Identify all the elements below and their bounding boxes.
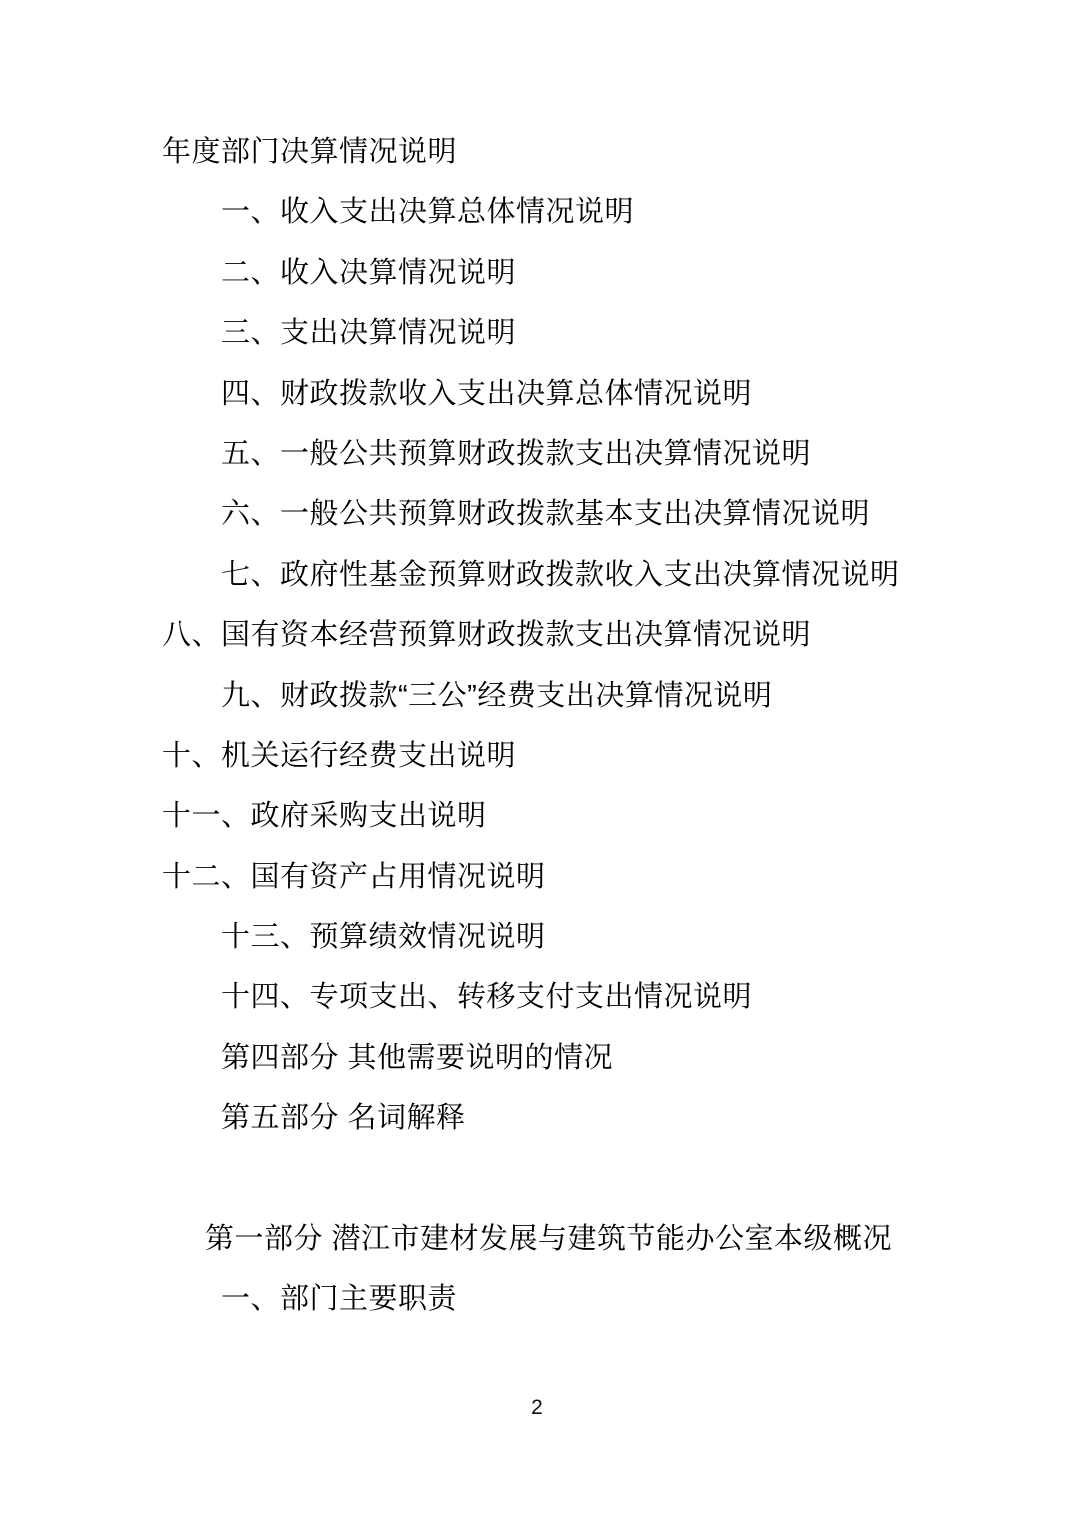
document-line: 十、机关运行经费支出说明	[0, 726, 1074, 786]
document-line: 一、收入支出决算总体情况说明	[0, 182, 1074, 242]
page-footer: 2	[0, 1396, 1074, 1420]
document-line: 二、收入决算情况说明	[0, 243, 1074, 303]
document-line: 五、一般公共预算财政拨款支出决算情况说明	[0, 424, 1074, 484]
document-line: 十二、国有资产占用情况说明	[0, 847, 1074, 907]
document-line: 九、财政拨款“三公”经费支出决算情况说明	[0, 666, 1074, 726]
document-line: 七、政府性基金预算财政拨款收入支出决算情况说明	[0, 545, 1074, 605]
document-line: 一、部门主要职责	[0, 1269, 1074, 1329]
page-number: 2	[531, 1396, 543, 1419]
document-line: 四、财政拨款收入支出决算总体情况说明	[0, 364, 1074, 424]
document-line: 第五部分 名词解释	[0, 1088, 1074, 1148]
document-line: 三、支出决算情况说明	[0, 303, 1074, 363]
document-content: 年度部门决算情况说明 一、收入支出决算总体情况说明 二、收入决算情况说明 三、支…	[0, 122, 1074, 1330]
blank-line	[0, 1149, 1074, 1209]
document-line: 十三、预算绩效情况说明	[0, 907, 1074, 967]
section-heading: 第一部分 潜江市建材发展与建筑节能办公室本级概况	[0, 1209, 1074, 1269]
document-line: 第四部分 其他需要说明的情况	[0, 1028, 1074, 1088]
document-line: 年度部门决算情况说明	[0, 122, 1074, 182]
document-page: 年度部门决算情况说明 一、收入支出决算总体情况说明 二、收入决算情况说明 三、支…	[0, 0, 1074, 1520]
document-line: 八、国有资本经营预算财政拨款支出决算情况说明	[0, 605, 1074, 665]
document-line: 十四、专项支出、转移支付支出情况说明	[0, 967, 1074, 1027]
document-line: 六、一般公共预算财政拨款基本支出决算情况说明	[0, 484, 1074, 544]
document-line: 十一、政府采购支出说明	[0, 786, 1074, 846]
